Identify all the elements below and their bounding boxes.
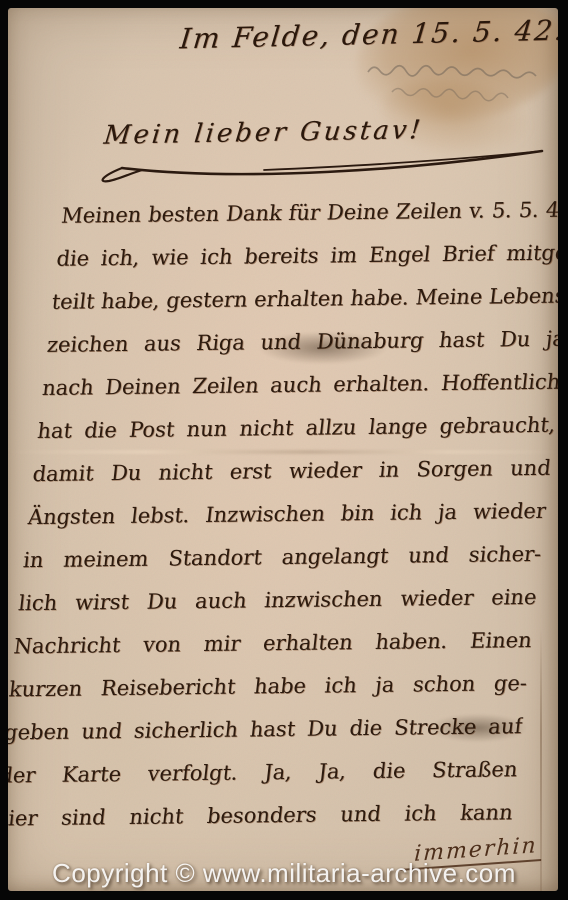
screenshot-root: { "letter": { "kind": "handwritten-feldp… xyxy=(0,0,568,900)
handwritten-line: Meinen besten Dank für Deine Zeilen v. 5… xyxy=(59,188,558,237)
handwritten-line: hat die Post nun nicht allzu lange gebra… xyxy=(35,404,558,453)
handwritten-line: die ich, wie ich bereits im Engel Brief … xyxy=(54,231,558,280)
handwritten-line: zeichen aus Riga und Dünaburg hast Du ja xyxy=(45,318,558,367)
copyright-watermark: Copyright © www.militaria-archive.com xyxy=(0,858,568,889)
scanned-letter: Im Felde, den 15. 5. 42. Mein lieber Gus… xyxy=(0,0,568,900)
handwritten-line: damit Du nicht erst wieder in Sorgen und xyxy=(30,447,553,496)
handwritten-line: kurzen Reisebericht habe ich ja schon ge… xyxy=(8,662,529,711)
salutation-flourish xyxy=(92,146,554,190)
letter-paper: Im Felde, den 15. 5. 42. Mein lieber Gus… xyxy=(8,8,558,891)
handwritten-line: hier sind nicht besonders und ich kann xyxy=(8,791,515,840)
paper-crease-horizontal xyxy=(8,450,558,454)
handwritten-line: in meinem Standort angelangt und sicher- xyxy=(21,533,544,582)
pencil-scribble xyxy=(364,46,558,116)
handwritten-line: geben und sicherlich hast Du die Strecke… xyxy=(8,705,525,754)
handwritten-line: lich wirst Du auch inzwischen wieder ein… xyxy=(16,576,539,625)
handwritten-line: teilt habe, gestern erhalten habe. Meine… xyxy=(49,274,558,323)
handwritten-line: Nachricht von mir erhalten haben. Einen xyxy=(11,619,534,668)
handwritten-line: Ängsten lebst. Inzwischen bin ich ja wie… xyxy=(26,490,549,539)
handwritten-line: nach Deinen Zeilen auch erhalten. Hoffen… xyxy=(40,361,558,410)
handwritten-line: der Karte verfolgt. Ja, Ja, die Straßen xyxy=(8,748,520,797)
letter-body: Meinen besten Dank für Deine Zeilen v. 5… xyxy=(8,188,558,840)
